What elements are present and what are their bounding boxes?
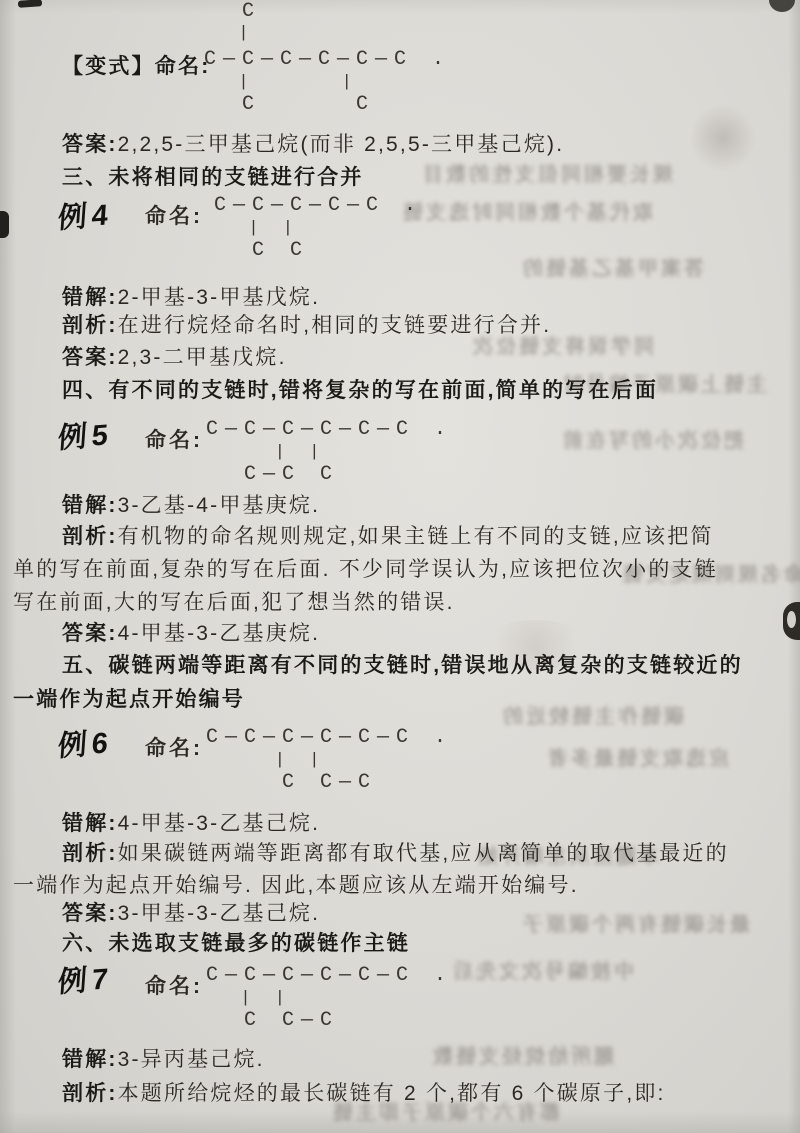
structure-formula-line: C—C—C—C—C—C . — [204, 48, 451, 74]
scan-smudge — [688, 105, 758, 171]
analysis-text: 本题所给烷烃的最长碳链有 2 个,都有 6 个碳原子,即: — [118, 1082, 666, 1105]
answer-line: 答案:2,2,5-三甲基己烷(而非 2,5,5-三甲基己烷). — [62, 131, 564, 159]
answer-text: 2,2,5-三甲基己烷(而非 2,5,5-三甲基己烷). — [118, 133, 565, 156]
analysis-line: 剖析:如果碳链两端等距离都有取代基,应从离简单的取代基最近的 — [62, 840, 729, 868]
naming-prompt: 命名: — [145, 424, 203, 454]
structure-formula-line: C C—C — [206, 1010, 453, 1034]
structure-formula-ex5: C—C—C—C—C—C . | | C—C C — [206, 418, 453, 488]
structure-formula-line: | | — [206, 990, 453, 1010]
example-5-label: 例5 — [57, 412, 115, 457]
structure-formula-line: C—C—C—C—C—C . — [206, 418, 453, 444]
scanned-textbook-page: 规长要相同但支性的数目 取代基个数相同时选支链 答案甲基乙基链的 同学误将支链位… — [0, 0, 800, 1133]
wrong-answer-line: 错解:3-异丙基己烷. — [62, 1046, 265, 1074]
analysis-line: 一端作为起点开始编号. 因此,本题应该从左端开始编号. — [13, 872, 579, 900]
naming-prompt: 命名: — [145, 970, 203, 1000]
analysis-label: 剖析: — [62, 1082, 118, 1105]
wrong-label: 错解: — [62, 286, 118, 309]
naming-prompt: 命名: — [145, 732, 203, 762]
analysis-line: 剖析:在进行烷烃命名时,相同的支链要进行合并. — [62, 312, 551, 340]
answer-label: 答案: — [62, 622, 118, 645]
answer-text: 3-甲基-3-乙基己烷. — [118, 902, 321, 925]
answer-line: 答案:3-甲基-3-乙基己烷. — [62, 900, 320, 928]
answer-label: 答案: — [62, 902, 118, 925]
answer-line: 答案:2,3-二甲基戊烷. — [62, 344, 287, 372]
structure-formula-line: C C — [214, 240, 423, 264]
naming-prompt: 命名: — [145, 200, 203, 230]
structure-formula-ex4: C—C—C—C—C . | | C C — [214, 194, 423, 264]
example-4-label: 例4 — [57, 192, 115, 237]
wrong-answer-line: 错解:2-甲基-3-甲基戊烷. — [62, 284, 320, 312]
page-curl-notch-hole — [787, 611, 796, 628]
structure-formula-ex7: C—C—C—C—C—C . | | C C—C — [206, 964, 453, 1034]
bleedthrough-text: 规长要相同但支性的数目 — [420, 158, 673, 187]
analysis-label: 剖析: — [62, 525, 118, 548]
wrong-text: 3-异丙基己烷. — [118, 1048, 265, 1071]
structure-formula-variant: C | C—C—C—C—C—C . | | C C — [204, 2, 451, 118]
bleedthrough-text: 答案甲基乙基链的 — [520, 252, 704, 281]
answer-label: 答案: — [62, 346, 118, 369]
analysis-line: 剖析:本题所给烷烃的最长碳链有 2 个,都有 6 个碳原子,即: — [62, 1080, 666, 1108]
answer-line: 答案:4-甲基-3-乙基庚烷. — [62, 620, 320, 648]
structure-formula-line: C—C—C—C—C—C . — [206, 726, 453, 752]
scan-mark — [0, 211, 9, 238]
structure-formula-line: | | — [206, 444, 453, 464]
wrong-text: 2-甲基-3-甲基戊烷. — [118, 286, 321, 309]
bleedthrough-text: 把位次小的写在前 — [560, 424, 744, 453]
scan-mark — [18, 0, 42, 8]
answer-label: 答案: — [62, 133, 118, 156]
structure-formula-line: C — [204, 2, 451, 24]
analysis-text: 如果碳链两端等距离都有取代基,应从离简单的取代基最近的 — [118, 842, 729, 865]
analysis-text: 有机物的命名规则规定,如果主链上有不同的支链,应该把简 — [118, 525, 714, 548]
variant-label: 【变式】命名: — [62, 53, 210, 81]
section-heading-5-cont: 一端作为起点开始编号 — [13, 686, 245, 714]
analysis-label: 剖析: — [62, 314, 118, 337]
wrong-answer-line: 错解:3-乙基-4-甲基庚烷. — [62, 492, 320, 520]
bleedthrough-text: 取代基个数相同时选支链 — [400, 196, 653, 225]
wrong-label: 错解: — [62, 812, 118, 835]
structure-formula-line: | — [204, 24, 451, 48]
bleedthrough-text: 中按编号次文先后 — [450, 955, 634, 984]
example-6-label: 例6 — [57, 720, 115, 765]
section-heading-5: 五、碳链两端等距离有不同的支链时,错误地从离复杂的支链较近的 — [62, 652, 743, 680]
bleedthrough-text: 应选取支链最多者 — [545, 742, 729, 771]
scan-mark — [769, 0, 795, 12]
wrong-label: 错解: — [62, 494, 118, 517]
section-heading-3: 三、未将相同的支链进行合并 — [62, 164, 364, 192]
structure-formula-line: | | — [206, 752, 453, 772]
bleedthrough-text: 题所给烷烃支链数 — [430, 1040, 614, 1069]
wrong-text: 3-乙基-4-甲基庚烷. — [118, 494, 321, 517]
bleedthrough-text: 碳链作主链较近的 — [500, 700, 684, 729]
section-heading-4: 四、有不同的支链时,错将复杂的写在前面,简单的写在后面 — [62, 377, 658, 405]
answer-text: 2,3-二甲基戊烷. — [118, 346, 287, 369]
structure-formula-line: C—C C — [206, 464, 453, 488]
structure-formula-line: | | — [204, 74, 451, 94]
structure-formula-ex6: C—C—C—C—C—C . | | C C—C — [206, 726, 453, 796]
analysis-label: 剖析: — [62, 842, 118, 865]
analysis-text: 在进行烷烃命名时,相同的支链要进行合并. — [118, 314, 552, 337]
section-heading-6: 六、未选取支链最多的碳链作主链 — [62, 930, 410, 958]
structure-formula-line: C—C—C—C—C—C . — [206, 964, 453, 990]
example-7-label: 例7 — [57, 956, 115, 1001]
wrong-text: 4-甲基-3-乙基己烷. — [118, 812, 321, 835]
answer-text: 4-甲基-3-乙基庚烷. — [118, 622, 321, 645]
structure-formula-line: C C — [204, 94, 451, 118]
analysis-line: 剖析:有机物的命名规则规定,如果主链上有不同的支链,应该把简 — [62, 523, 714, 551]
structure-formula-line: C C—C — [206, 772, 453, 796]
analysis-line: 单的写在前面,复杂的写在后面. 不少同学误认为,应该把位次小的支链 — [13, 556, 718, 584]
wrong-label: 错解: — [62, 1048, 118, 1071]
structure-formula-line: | | — [214, 220, 423, 240]
wrong-answer-line: 错解:4-甲基-3-乙基己烷. — [62, 810, 320, 838]
analysis-line: 写在前面,大的写在后面,犯了想当然的错误. — [13, 589, 455, 617]
bleedthrough-text: 最长碳链有两个碳原子 — [520, 908, 750, 937]
structure-formula-line: C—C—C—C—C . — [214, 194, 423, 220]
